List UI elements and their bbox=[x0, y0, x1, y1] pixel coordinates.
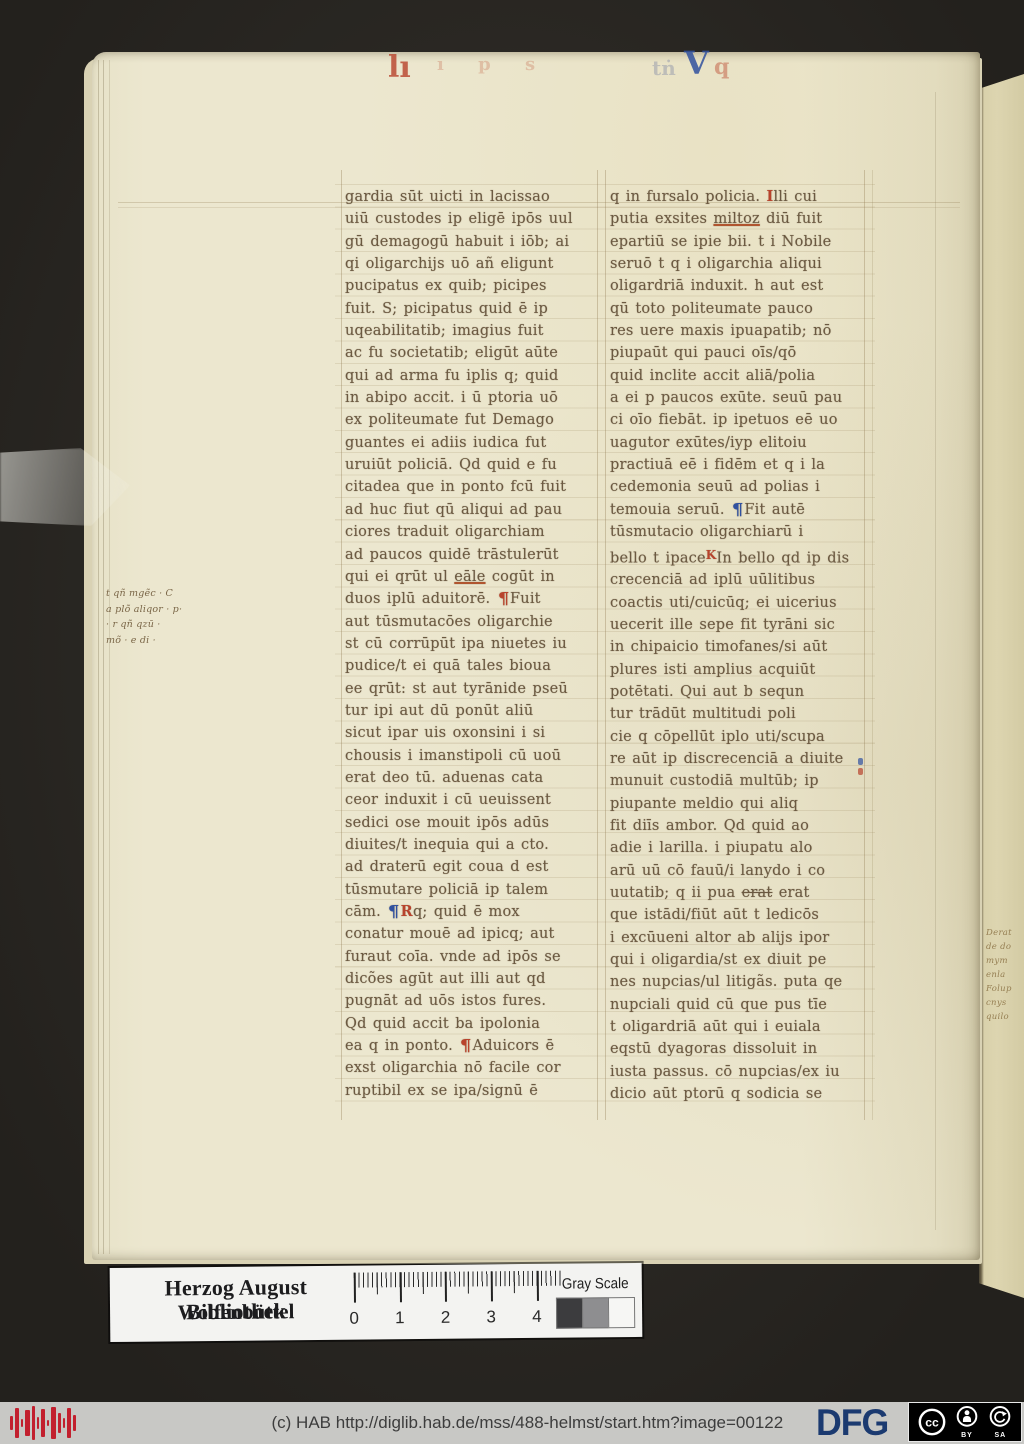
text-line: fuit. S; picipatus quid ē ip bbox=[345, 298, 605, 320]
text-line: a ei p paucos exūte. seuū pau bbox=[610, 387, 870, 409]
grayscale-patches bbox=[556, 1297, 634, 1329]
running-header-right-numeral: V bbox=[684, 44, 709, 82]
grayscale-patch bbox=[556, 1297, 583, 1328]
text-line: epartiū se ipie bii. t i Nobile bbox=[610, 231, 870, 253]
running-header-left-faint: ı p s bbox=[437, 54, 549, 75]
text-line: qi oligarchijs uō añ eligunt bbox=[345, 253, 605, 275]
text-line: chousis i imanstipoli cū uoū bbox=[345, 745, 605, 767]
text-line: uagutor exūtes/iyp elitoiu bbox=[610, 432, 870, 454]
blue-pilcrow: ¶ bbox=[732, 498, 744, 523]
half-cm-tick bbox=[514, 1271, 515, 1293]
cc-sa-label: SA bbox=[994, 1432, 1006, 1439]
text-line: exst oligarchia nō facile cor bbox=[345, 1057, 605, 1079]
fold-crease bbox=[935, 92, 936, 1230]
grayscale-label: Gray Scale bbox=[562, 1275, 634, 1293]
text-line: piupaūt qui pauci oīs/qō bbox=[610, 342, 870, 364]
text-line: sedici ose mouit ipōs adūs bbox=[345, 812, 605, 834]
red-pilcrow: ¶ bbox=[460, 1034, 472, 1059]
leaf-edge-line bbox=[103, 60, 104, 1254]
text-line: uecerit ille sepe fit tyrāni sic bbox=[610, 614, 870, 636]
barcode-bar bbox=[67, 1408, 71, 1438]
text-line: ci oīo fiebāt. ip ipetuos eē uo bbox=[610, 409, 870, 431]
text-line: practiuā eē i fidēm et q i la bbox=[610, 454, 870, 476]
cc-by-icon: BY bbox=[954, 1405, 980, 1439]
text-line: iusta passus. cō nupcias/ex iu bbox=[610, 1061, 870, 1083]
half-cm-tick bbox=[422, 1272, 423, 1294]
text-line: temouia seruū. ¶Fit autē bbox=[610, 499, 870, 521]
text-line: gū demagogū habuit i iōb; ai bbox=[345, 231, 605, 253]
text-line: pugnāt ad uōs istos fures. bbox=[345, 990, 605, 1012]
text-line: sicut ipar uis oxonsini i si bbox=[345, 722, 605, 744]
text-line: arū uū cō fauū/i lanydo i co bbox=[610, 860, 870, 882]
text-line: tūsmutare policiā ip talem bbox=[345, 879, 605, 901]
barcode-bar bbox=[10, 1416, 13, 1430]
text-line: de do bbox=[986, 940, 1022, 954]
text-line: res uere maxis ipuapatib; nō bbox=[610, 320, 870, 342]
barcode-bar bbox=[58, 1413, 61, 1433]
text-line: plures isti amplius acquiūt bbox=[610, 659, 870, 681]
text-line: q in fursalo policia. Illi cui bbox=[610, 186, 870, 208]
institution-name-line2: Wolfenbüttel bbox=[120, 1300, 352, 1325]
text-line: nupciali quid cū que pus tīe bbox=[610, 994, 870, 1016]
text-line: cām. ¶Rq; quid ē mox bbox=[345, 901, 605, 923]
text-line: qui ei qrūt ul eāle cogūt in bbox=[345, 566, 605, 588]
text-line: ea q in ponto. ¶Aduicors ē bbox=[345, 1035, 605, 1057]
text-line: que istādi/fiūt aūt t ledicōs bbox=[610, 904, 870, 926]
column-rule bbox=[605, 170, 606, 1120]
text-line: mõ · e di · bbox=[106, 633, 236, 649]
barcode-bar bbox=[47, 1420, 49, 1426]
text-line: ceor induxit i cū ueuissent bbox=[345, 789, 605, 811]
text-line: ad paucos quidē trāstulerūt bbox=[345, 544, 605, 566]
cm-tick bbox=[354, 1273, 356, 1303]
ruler-number: 2 bbox=[436, 1308, 454, 1328]
reference-scale-strip: Herzog August Bibliothek Wolfenbüttel 01… bbox=[110, 1263, 643, 1342]
dfg-logo: DFG bbox=[816, 1401, 888, 1444]
text-line: diuites/t inequia qui a cto. bbox=[345, 834, 605, 856]
mm-tick-marks bbox=[354, 1271, 564, 1288]
text-line: furaut coīa. vnde ad ipōs se bbox=[345, 946, 605, 968]
cm-tick bbox=[399, 1272, 401, 1302]
footer-bar: (c) HAB http://diglib.hab.de/mss/488-hel… bbox=[0, 1402, 1024, 1444]
hab-logo-barcode bbox=[10, 1402, 76, 1444]
running-header-right-faint: tṅ bbox=[652, 56, 676, 80]
leaf-edge-line bbox=[98, 60, 99, 1254]
barcode-bar bbox=[51, 1407, 56, 1439]
text-line: qū toto politeumate pauco bbox=[610, 298, 870, 320]
cm-tick bbox=[445, 1272, 447, 1302]
text-line: putia exsites miltoz diū fuit bbox=[610, 208, 870, 230]
blue-ink-speck bbox=[858, 758, 863, 765]
grayscale-patch bbox=[582, 1297, 609, 1328]
text-line: tur ipi aut dū ponūt aliū bbox=[345, 700, 605, 722]
running-header-left-numeral: lı bbox=[388, 50, 411, 85]
text-line: ad huc fiut qū aliqui ad pau bbox=[345, 499, 605, 521]
text-line: ruptibil ex se ipa/signū ē bbox=[345, 1080, 605, 1102]
text-line: ex politeumate fut Demago bbox=[345, 409, 605, 431]
barcode-bar bbox=[73, 1415, 76, 1431]
text-line: uiū custodes ip eligē ipōs uul bbox=[345, 208, 605, 230]
barcode-bar bbox=[21, 1419, 23, 1427]
text-line: qui i oligardia/st ex diuit pe bbox=[610, 949, 870, 971]
text-line: enla bbox=[986, 968, 1022, 982]
text-line: t oligardriā aūt qui i euiala bbox=[610, 1016, 870, 1038]
text-line: potētati. Qui aut b sequn bbox=[610, 681, 870, 703]
text-line: ac fu societatib; eligūt aūte bbox=[345, 342, 605, 364]
grayscale-patch bbox=[608, 1297, 635, 1328]
creative-commons-badge: cc BY SA bbox=[908, 1402, 1022, 1442]
text-column-left: gardia sūt uicti in lacissaouiū custodes… bbox=[345, 186, 605, 1102]
text-line: coactis uti/cuicūq; ei uicerius bbox=[610, 592, 870, 614]
text-line: citadea que in ponto fcū fuit bbox=[345, 476, 605, 498]
cm-tick bbox=[536, 1271, 538, 1301]
text-line: gardia sūt uicti in lacissao bbox=[345, 186, 605, 208]
barcode-bar bbox=[37, 1417, 39, 1429]
ruler-number: 0 bbox=[345, 1309, 363, 1329]
text-line: crecenciā ad iplū uūlitibus bbox=[610, 569, 870, 591]
photo-area: Deratde domymenlaFolupcnysquilo lı ı p s… bbox=[0, 0, 1024, 1402]
text-line: uqeabilitatib; imagius fuit bbox=[345, 320, 605, 342]
text-line: t qñ mgẽc · C bbox=[106, 586, 236, 602]
text-line: re aūt ip discrecenciā a diuite bbox=[610, 748, 870, 770]
barcode-bar bbox=[15, 1408, 19, 1438]
text-line: guantes ei adiis iudica fut bbox=[345, 432, 605, 454]
blue-pilcrow: ¶ bbox=[388, 900, 400, 925]
ruler-number: 4 bbox=[528, 1307, 546, 1327]
text-line: qui ad arma fu iplis q; quid bbox=[345, 365, 605, 387]
text-line: cie q cōpellūt iplo uti/scupa bbox=[610, 726, 870, 748]
text-line: piupante meldio qui aliq bbox=[610, 793, 870, 815]
margin-gloss: t qñ mgẽc · Ca plõ aliqor · p·· r qñ qzū… bbox=[106, 586, 236, 648]
text-column-right: q in fursalo policia. Illi cuiputia exsi… bbox=[610, 186, 870, 1105]
text-line: bello t ipaceKIn bello qd ip dis bbox=[610, 544, 870, 570]
column-rule bbox=[872, 170, 873, 1120]
cm-ruler: 01234 bbox=[354, 1271, 577, 1333]
text-line: in chipaicio timofanes/si aūt bbox=[610, 636, 870, 658]
ruler-number: 3 bbox=[482, 1307, 500, 1327]
red-correction-mark: K bbox=[706, 548, 717, 562]
text-line: cedemonia seuū ad polias i bbox=[610, 476, 870, 498]
text-line: dicões agūt aut illi aut qd bbox=[345, 968, 605, 990]
svg-text:cc: cc bbox=[925, 1416, 939, 1430]
text-line: · r qñ qzū · bbox=[106, 617, 236, 633]
text-line: i excūueni altor ab alijs ipor bbox=[610, 927, 870, 949]
text-line: uutatib; q ii pua erat erat bbox=[610, 882, 870, 904]
facing-page-edge: Deratde domymenlaFolupcnysquilo bbox=[979, 74, 1024, 1298]
red-pilcrow: ¶ bbox=[497, 587, 509, 612]
column-rule bbox=[341, 170, 342, 1120]
barcode-bar bbox=[25, 1410, 30, 1436]
red-ink-speck bbox=[858, 768, 863, 775]
text-line: ad draterū egit coua d est bbox=[345, 856, 605, 878]
next-page-marginalia: Deratde domymenlaFolupcnysquilo bbox=[986, 926, 1022, 1024]
digitized-manuscript-scan: Deratde domymenlaFolupcnysquilo lı ı p s… bbox=[0, 0, 1024, 1444]
text-line: mym bbox=[986, 954, 1022, 968]
text-line: eqstū dyagoras dissoluit in bbox=[610, 1038, 870, 1060]
text-line: nes nupcias/ul litigãs. puta qe bbox=[610, 971, 870, 993]
text-line: Derat bbox=[986, 926, 1022, 940]
text-line: duos iplū aduitorē. ¶Fuit bbox=[345, 588, 605, 610]
text-line: munuit custodiā multūb; ip bbox=[610, 770, 870, 792]
text-line: tur trādūt multitudi poli bbox=[610, 703, 870, 725]
text-line: aut tūsmutacōes oligarchie bbox=[345, 611, 605, 633]
ruler-number: 1 bbox=[391, 1308, 409, 1328]
manuscript-page: lı ı p s tṅ V q gardia sūt uicti in laci… bbox=[92, 52, 980, 1260]
cc-icon: cc bbox=[917, 1407, 947, 1437]
text-line: Qd quid accit ba ipolonia bbox=[345, 1013, 605, 1035]
text-line: st cū corrūpūt ipa niuetes iu bbox=[345, 633, 605, 655]
text-line: quilo bbox=[986, 1010, 1022, 1024]
text-line: conatur mouē ad ipicq; aut bbox=[345, 923, 605, 945]
half-cm-tick bbox=[377, 1272, 378, 1294]
text-line: dicio aūt ptorū q sodicia se bbox=[610, 1083, 870, 1105]
text-line: in abipo accit. i ū ptoria uō bbox=[345, 387, 605, 409]
text-line: fit diīs ambor. Qd quid ao bbox=[610, 815, 870, 837]
text-line: tūsmutacio oligarchiarū i bbox=[610, 521, 870, 543]
text-line: ee qrūt: st aut tyrānide pseū bbox=[345, 678, 605, 700]
text-line: ciores traduit oligarchiam bbox=[345, 521, 605, 543]
text-line: Folup bbox=[986, 982, 1022, 996]
text-line: pudice/t ei quā tales bioua bbox=[345, 655, 605, 677]
text-line: cnys bbox=[986, 996, 1022, 1010]
half-cm-tick bbox=[468, 1272, 469, 1294]
text-line: adie i larilla. i piupatu alo bbox=[610, 837, 870, 859]
cc-sa-icon: SA bbox=[987, 1405, 1013, 1439]
text-line: quid inclite accit aliā/polia bbox=[610, 365, 870, 387]
text-line: pucipatus ex quib; picipes bbox=[345, 275, 605, 297]
text-line: erat deo tū. aduenas cata bbox=[345, 767, 605, 789]
cm-tick bbox=[491, 1271, 493, 1301]
text-line: oligardriā induxit. h aut est bbox=[610, 275, 870, 297]
barcode-bar bbox=[32, 1406, 35, 1440]
text-line: a plõ aliqor · p· bbox=[106, 602, 236, 618]
running-header-right-red: q bbox=[714, 54, 729, 80]
cc-by-label: BY bbox=[961, 1432, 973, 1439]
text-line: uruiūt policiā. Qd quid e fu bbox=[345, 454, 605, 476]
barcode-bar bbox=[41, 1409, 45, 1437]
leaf-edge-line bbox=[109, 60, 110, 1254]
text-line: seruō t q i oligarchia aliqui bbox=[610, 253, 870, 275]
barcode-bar bbox=[63, 1418, 65, 1428]
copyright-url-text: (c) HAB http://diglib.hab.de/mss/488-hel… bbox=[272, 1402, 784, 1444]
